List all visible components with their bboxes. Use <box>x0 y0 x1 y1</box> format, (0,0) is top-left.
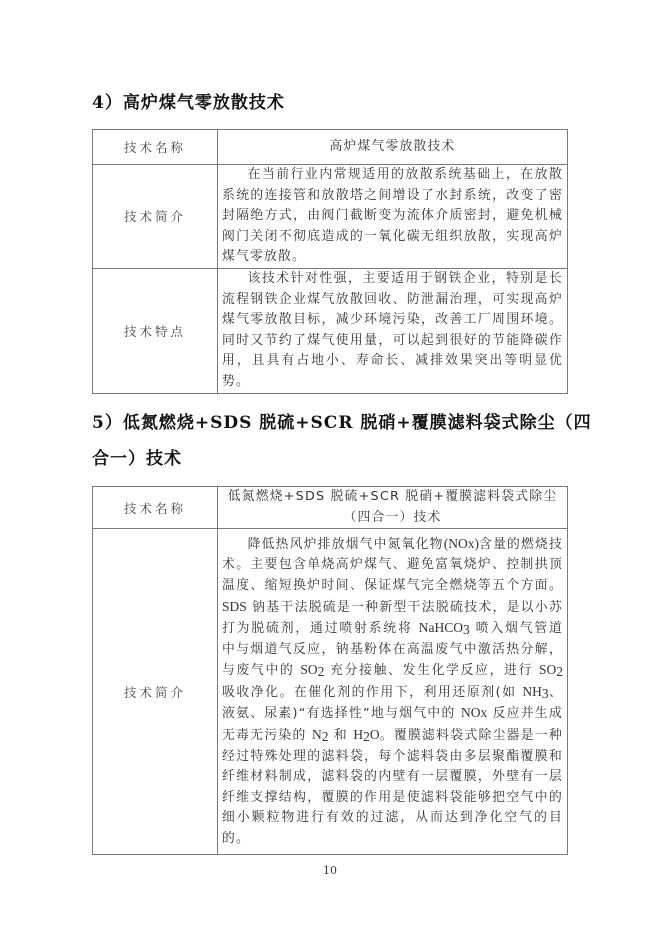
table-row: 技术简介 降低热风炉排放烟气中氮氧化物(NOx)含量的燃烧技术。主要包含单烧高炉… <box>93 529 568 855</box>
text-segment: 充分接触、发生化学反应，进行 <box>324 663 539 678</box>
subscript: 2 <box>556 664 563 679</box>
text-segment: N <box>312 727 322 742</box>
text-segment: H <box>353 727 363 742</box>
subscript: 2 <box>322 729 329 744</box>
text-segment: SDS <box>222 599 247 614</box>
row-text: 该技术针对性强，主要适用于钢铁企业，特别是长流程钢铁企业煤气放散回收、防泄漏治理… <box>222 269 563 393</box>
text-segment: (NOx) <box>444 536 479 551</box>
text-segment: 降低热风炉排放烟气中氮氧化物 <box>248 537 444 552</box>
section-4-heading: 4）高炉煤气零放散技术 <box>92 88 285 113</box>
table-blast-furnace-gas: 技术名称 高炉煤气零放散技术 技术简介 在当前行业内常规适用的放散系统基础上，在… <box>92 129 568 394</box>
text-segment: NOx <box>461 705 487 720</box>
text-segment: O <box>370 727 380 742</box>
row-label: 技术简介 <box>93 165 218 269</box>
row-value: 该技术针对性强，主要适用于钢铁企业，特别是长流程钢铁企业煤气放散回收、防泄漏治理… <box>218 268 568 393</box>
row-value: 低氮燃烧+SDS 脱硫+SCR 脱硝+覆膜滤料袋式除尘（四合一）技术 <box>218 487 568 529</box>
section-5-heading-line1: 5）低氮燃烧+SDS 脱硫+SCR 脱硝+覆膜滤料袋式除尘（四 <box>92 408 592 433</box>
table-row: 技术名称 低氮燃烧+SDS 脱硫+SCR 脱硝+覆膜滤料袋式除尘（四合一）技术 <box>93 487 568 529</box>
row-text: 降低热风炉排放烟气中氮氧化物(NOx)含量的燃烧技术。主要包含单烧高炉煤气、避免… <box>222 534 563 850</box>
table-four-in-one: 技术名称 低氮燃烧+SDS 脱硫+SCR 脱硝+覆膜滤料袋式除尘（四合一）技术 … <box>92 486 568 855</box>
section-5-heading-line2: 合一）技术 <box>92 444 182 469</box>
table-row: 技术简介 在当前行业内常规适用的放散系统基础上，在放散系统的连接管和放散塔之间增… <box>93 165 568 269</box>
subscript: 3 <box>463 622 470 637</box>
table-row: 技术名称 高炉煤气零放散技术 <box>93 130 568 165</box>
page-number: 10 <box>0 864 660 877</box>
text-segment: SO <box>539 662 556 677</box>
row-label: 技术特点 <box>93 268 218 393</box>
row-value: 高炉煤气零放散技术 <box>218 130 568 165</box>
text-segment: NaHCO <box>419 620 463 635</box>
subscript: 3 <box>542 686 549 701</box>
text-segment: SO <box>300 662 317 677</box>
table-row: 技术特点 该技术针对性强，主要适用于钢铁企业，特别是长流程钢铁企业煤气放散回收、… <box>93 268 568 393</box>
text-segment: NH <box>522 684 542 699</box>
row-label: 技术简介 <box>93 529 218 855</box>
row-text: 在当前行业内常规适用的放散系统基础上，在放散系统的连接管和放散塔之间增设了水封系… <box>222 165 563 268</box>
text-segment: 吸收净化。在催化剂的作用下，利用还原剂(如 <box>222 685 522 700</box>
row-label: 技术名称 <box>93 487 218 529</box>
row-value: 降低热风炉排放烟气中氮氧化物(NOx)含量的燃烧技术。主要包含单烧高炉煤气、避免… <box>218 529 568 855</box>
text-segment: 和 <box>329 728 354 743</box>
text-segment: 。覆膜滤料袋式除尘器是一种经过特殊处理的滤料袋，每个滤料袋由多层聚酯覆膜和纤维材… <box>222 728 563 846</box>
row-label: 技术名称 <box>93 130 218 165</box>
subscript: 2 <box>363 729 370 744</box>
row-value: 在当前行业内常规适用的放散系统基础上，在放散系统的连接管和放散塔之间增设了水封系… <box>218 165 568 269</box>
